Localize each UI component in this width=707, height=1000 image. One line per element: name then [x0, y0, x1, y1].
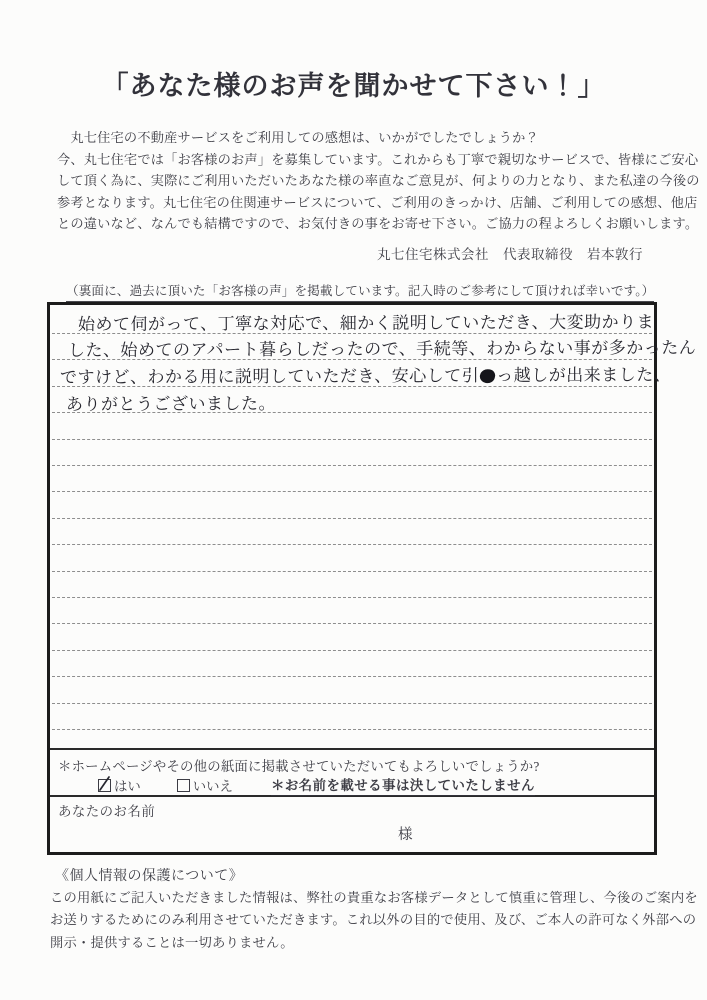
publish-options-row: はい いいえ ＊お名前を載せる事は決していたしません — [98, 775, 535, 796]
yes-checkbox — [98, 779, 111, 792]
intro-line: 今、丸七住宅では「お客様のお声」を募集しています。これからも丁寧で親切なサービス… — [57, 149, 653, 171]
handwritten-text: っ越しが出来ました、 — [496, 365, 671, 386]
intro-line: との違いなど、なんでも結構ですので、お気付きの事をお寄せ下さい。ご協力の程よろし… — [57, 213, 653, 235]
intro-line: して頂く為に、実際にご利用いただいたあなた様の率直なご意見が、何よりの力となり、… — [57, 170, 653, 192]
ink-scribble — [479, 368, 497, 385]
ruled-line — [52, 650, 652, 651]
ruled-line — [52, 703, 652, 704]
handwritten-text: ですけど、わかる用に説明していただき、安心して引 — [60, 366, 479, 388]
privacy-line: 開示・提供することは一切ありません。 — [50, 932, 665, 954]
scanned-feedback-form: 「あなた様のお声を聞かせて下さい！」 丸七住宅の不動産サービスをご利用しての感想… — [0, 0, 707, 1000]
handwritten-line: ありがとうございました。 — [66, 389, 276, 415]
yes-label: はい — [114, 776, 141, 795]
no-label: いいえ — [193, 776, 233, 795]
ruled-line — [52, 597, 652, 598]
ruled-line — [52, 623, 652, 624]
handwriting-area: 始めて伺がって、丁寧な対応で、細かく説明していただき、大変助かりま した、始めて… — [50, 305, 654, 748]
anonymity-note: ＊お名前を載せる事は決していたしません — [271, 775, 535, 796]
ruled-line — [52, 491, 652, 492]
intro-line: 参考となります。丸七住宅の住関連サービスについて、ご利用のきっかけ、店舗、ご利用… — [57, 192, 653, 214]
ruled-line — [52, 729, 652, 730]
no-checkbox — [177, 779, 190, 792]
ruled-line — [52, 544, 652, 545]
ruled-line — [52, 676, 652, 677]
page-title: 「あなた様のお声を聞かせて下さい！」 — [0, 64, 707, 103]
privacy-paragraph: この用紙にご記入いただきました情報は、弊社の貴重なお客様データとして慎重に管理し… — [50, 887, 665, 954]
honorific-sama: 様 — [398, 823, 413, 844]
intro-line: 丸七住宅の不動産サービスをご利用しての感想は、いかがでしたでしょうか？ — [57, 127, 653, 149]
privacy-line: この用紙にご記入いただきました情報は、弊社の貴重なお客様データとして慎重に管理し… — [50, 887, 665, 909]
name-field-label: あなたのお名前 — [58, 801, 155, 820]
handwritten-line: した、始めてのアパート暮らしだったので、手続等、わからない事が多かったん — [68, 333, 696, 361]
handwritten-checkmark — [97, 776, 113, 794]
handwritten-line: ですけど、わかる用に説明していただき、安心して引っ越しが出来ました、 — [60, 360, 671, 388]
ruled-line — [52, 439, 652, 440]
back-side-note: （裏面に、過去に頂いた「お客様の声」を掲載しています。記入時のご参考にして頂けれ… — [66, 280, 654, 302]
ruled-line — [52, 465, 652, 466]
publish-question-text: ＊ホームページやその他の紙面に掲載させていただいてもよろしいでしょうか? — [58, 756, 540, 775]
privacy-line: お送りするためにのみ利用させていただきます。これ以外の目的で使用、及び、ご本人の… — [50, 909, 665, 931]
ruled-line — [52, 571, 652, 572]
handwritten-line: 始めて伺がって、丁寧な対応で、細かく説明していただき、大変助かりま — [78, 307, 654, 335]
comment-box: 始めて伺がって、丁寧な対応で、細かく説明していただき、大変助かりま した、始めて… — [47, 302, 657, 855]
privacy-heading: 《個人情報の保護について》 — [55, 865, 243, 885]
publish-question-section: ＊ホームページやその他の紙面に掲載させていただいてもよろしいでしょうか? はい … — [50, 750, 654, 795]
ruled-line — [52, 518, 652, 519]
company-signature: 丸七住宅株式会社 代表取締役 岩本敦行 — [377, 243, 643, 263]
name-field-section: あなたのお名前 様 — [50, 797, 654, 850]
intro-paragraph: 丸七住宅の不動産サービスをご利用しての感想は、いかがでしたでしょうか？ 今、丸七… — [57, 127, 653, 235]
